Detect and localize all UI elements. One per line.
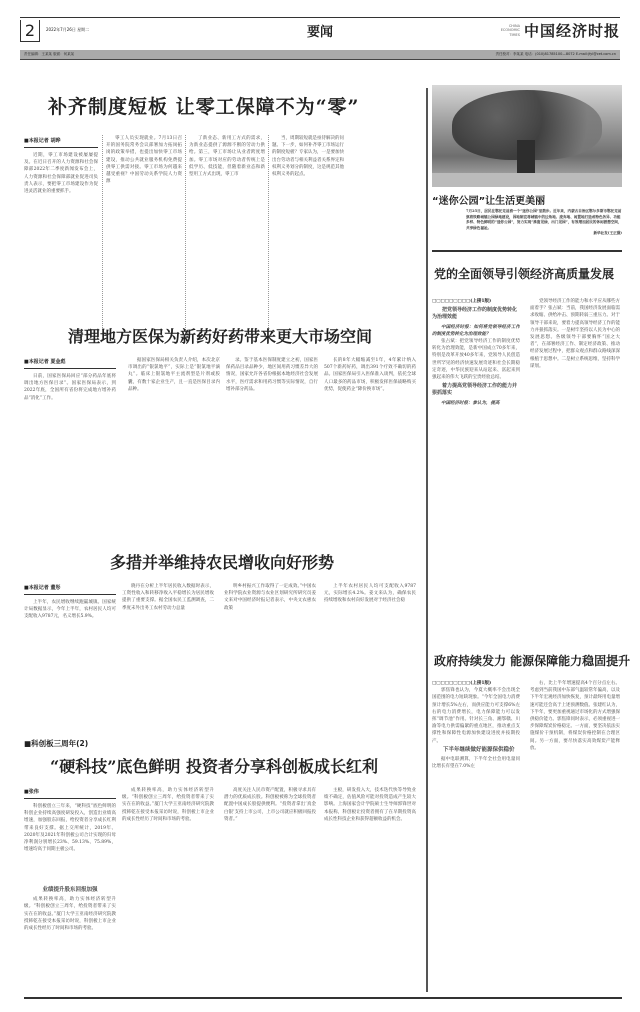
continued-marker: □□□□□□□□□(上接1版) bbox=[432, 680, 520, 687]
article-column: 上半年，农民增收继续跑赢城镇。国家统计局数据显示，今年上半年，农村居民人均可支配… bbox=[24, 599, 116, 727]
article-column: 成果转换率高，助力实体经济转型升级。“科创板创立三周年，给投资者带来了实实在在的… bbox=[122, 787, 214, 995]
article-subhead: 下半年继续做好能源保供稳价 bbox=[432, 747, 520, 754]
article-column: 主板，研发投入大，技术迭代快等导致业绩不确定，估值风险可能对投资造成产生较大影响… bbox=[324, 787, 416, 995]
interview-question: 中国经济时报：如何将党领导经济工作的制度优势转化为治理效能？ bbox=[432, 324, 520, 338]
article-column: □□□□□□□□□(上接1版) 把党领导经济工作的制度优势转化为治理效能 中国经… bbox=[432, 298, 520, 598]
photo-caption-title: “迷你公园”让生活更美丽 bbox=[432, 192, 545, 207]
bottom-rule bbox=[24, 997, 622, 999]
article-column: 上半年农村居民人均可支配收入9787元，实际增长4.2%。姜文来认为，确保农民持… bbox=[324, 583, 416, 727]
article-subhead: 着力提高党领导经济工作的能力并狠抓落实 bbox=[432, 383, 520, 397]
article-column: 录。鉴于基本医保制度建立之初，国家医保药品目录品种少，地区间用药习惯差异大的情况… bbox=[226, 357, 318, 523]
article-column: 明乡村振兴工作取得了一定成效。”中国农业科学院农业资源与农业区划研究所研究员姜文… bbox=[224, 583, 316, 727]
article-column: 近期，零工市场建设被屡屡提及。在近日召开的人力资源和社会保障部2022年二季度新… bbox=[24, 152, 98, 330]
article-column: 科创板创立三年来，“硬科技”底色鲜明的科创企业持续高强度研发投入，创造出业绩高增… bbox=[24, 803, 116, 883]
ground-shape bbox=[432, 173, 622, 187]
section-divider bbox=[426, 88, 428, 992]
article-headline-energy: 政府持续发力 能源保障能力稳固提升 bbox=[434, 652, 630, 669]
article-column: 党领导经济工作的能力和水平应从哪些方面着手？张占斌：当前，我国经济发展面临需求收… bbox=[530, 298, 620, 620]
article-column: 晓丹在分析上半年居民收入数据时表示，工资性收入和转移净收入平稳增长为居民增收提供… bbox=[122, 583, 214, 727]
article-subhead: 把党领导经济工作的制度优势转化为治理效能 bbox=[432, 307, 520, 321]
news-photo bbox=[432, 85, 622, 187]
article-headline-gig-work: 补齐制度短板 让零工保障不为“零” bbox=[48, 92, 359, 119]
article-headline-medical-insurance: 清理地方医保为新药好药带来更大市场空间 bbox=[68, 324, 372, 347]
article-byline: ■本报记者 董彤 bbox=[24, 584, 116, 595]
article-headline-star-market: “硬科技”底色鲜明 投资者分享科创板成长红利 bbox=[50, 754, 378, 777]
interview-question: 中国经济时报：参认为，提高 bbox=[432, 400, 520, 407]
photo-caption: 7月25日，居民在鄂托克前旗一个“迷你公园”里散步。近年来，内蒙古自治区鄂尔多斯… bbox=[466, 209, 622, 237]
newspaper-logo: CHINA ECONOMIC TIMES 中国经济时报 bbox=[501, 20, 620, 41]
column-divider bbox=[268, 135, 269, 330]
article-column: 了新业态、新用工方式的需求，为新业态提供了源源不断的劳动力供给。第三，零工市场让… bbox=[189, 135, 265, 330]
brand-chinese: 中国经济时报 bbox=[524, 20, 620, 41]
article-byline: ■本报记者 夏金彪 bbox=[24, 358, 116, 369]
article-column: 高度关注人民币资产配置，积极寻求具有潜力的优质成长股。科创板被称为全球投资者配置… bbox=[224, 787, 316, 995]
photo-credit: 新华社发(王正摄) bbox=[466, 231, 622, 237]
editor-credits: 责任编辑：王某某 版面：何某某 bbox=[24, 52, 74, 57]
article-subhead: 业绩提升股东回报加强 bbox=[24, 887, 116, 894]
article-column: 零工人员实现就业。7月13日召开的国务院常务会议部署加力拓岗拓岗的政策举措，也提… bbox=[106, 135, 182, 330]
article-column: □□□□□□□□□(上接1版) 郭焦锋也认为，今夏大概率不会出现全国范围的电力短… bbox=[432, 680, 520, 1000]
column-divider bbox=[102, 135, 103, 330]
article-byline: ■本报记者 胡晔 bbox=[24, 137, 98, 148]
article-headline-party-leadership: 党的全面领导引领经济高质量发展 bbox=[434, 265, 614, 282]
sidebar-rule bbox=[432, 250, 622, 252]
editor-info-bar: 责任编辑：王某某 版面：何某某 责任校对：李某某 电话：(010)8178510… bbox=[20, 50, 620, 60]
article-headline-farmers-income: 多措并举维持农民增收向好形势 bbox=[110, 550, 334, 573]
article-column: 当，周期较短就是亟待解决的问题。下一步，如何补齐零工市场运行的制度短板？专家认为… bbox=[272, 135, 344, 330]
brand-english: CHINA ECONOMIC TIMES bbox=[501, 24, 520, 38]
continued-marker: □□□□□□□□□(上接1版) bbox=[432, 298, 520, 305]
contact-info: 责任校对：李某某 电话：(010)81785100—8072 E-mail:jf… bbox=[496, 52, 617, 57]
article-column: 长的8年大幅缩减至1年，4年累计纳入507个新药好药，调出391个疗效不确切的药… bbox=[324, 357, 416, 523]
article-column: 业绩提升股东回报加强 成果转换率高，助力实体经济转型升级。“科创板创立三周年，给… bbox=[24, 885, 116, 995]
article-column: 日前，国家医保局回应“部分药品年底将调出地方医保目录”。国家医保局表示，到202… bbox=[24, 373, 116, 523]
masthead: 2 2022年7月26日 星期二 要闻 CHINA ECONOMIC TIMES… bbox=[20, 17, 620, 47]
column-divider bbox=[185, 135, 186, 330]
column-tag: ■科创板三周年(2) bbox=[24, 738, 88, 749]
article-column: 据国家医保局相关负责人介绍，本次北京市调出的“银氯地平”，实际上是“银氯地平滴丸… bbox=[128, 357, 220, 523]
article-column: 右，比上半年增速提高4个百分点左右。考虑到当前我国中东部气温较常年偏高，以及下半… bbox=[530, 680, 620, 990]
article-byline: ■张伟 bbox=[24, 788, 116, 799]
